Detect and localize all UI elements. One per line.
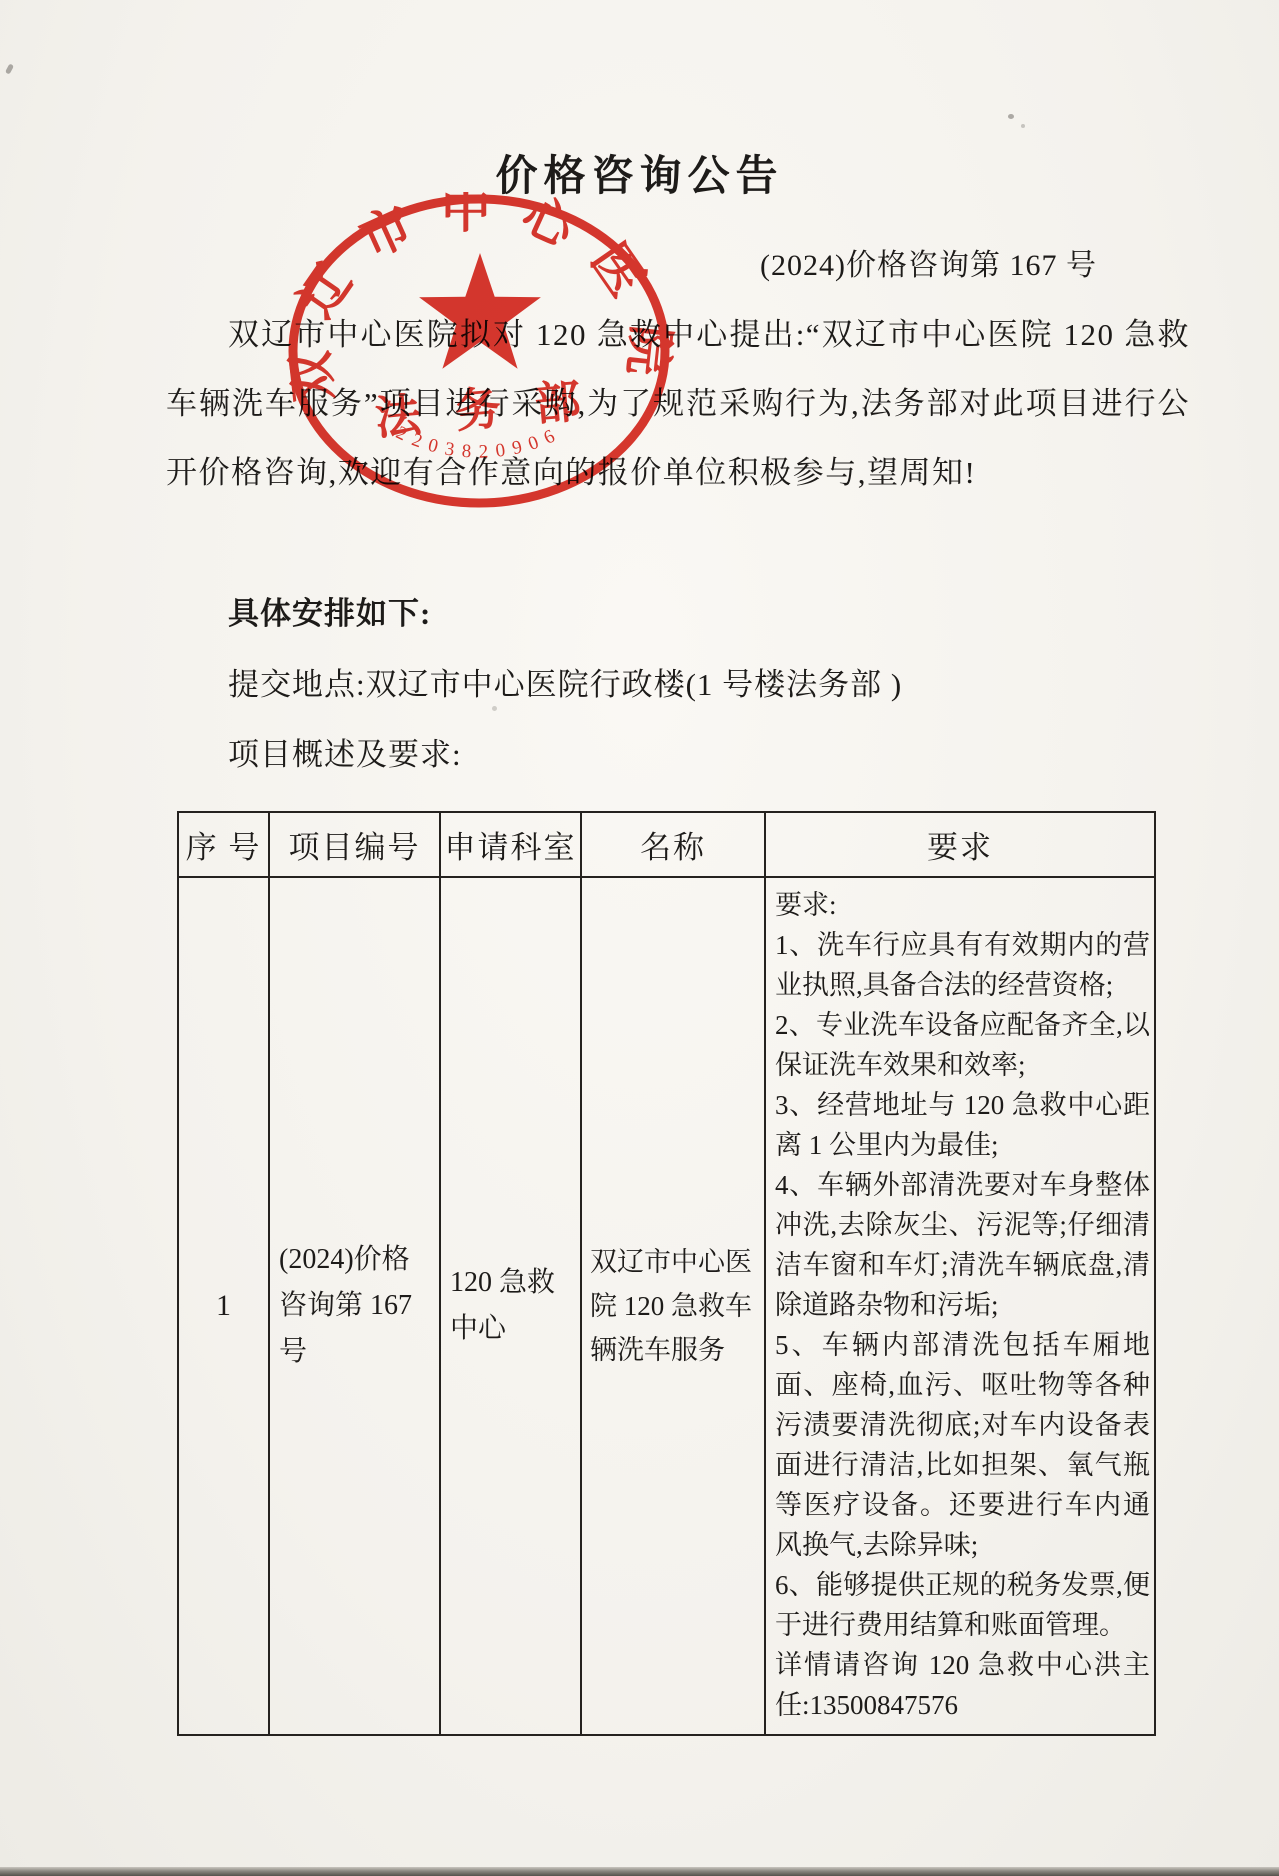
column-header-requirements: 要求	[765, 812, 1155, 877]
requirement-line: 2、专业洗车设备应配备齐全,以保证洗车效果和效率;	[775, 1005, 1150, 1085]
column-header-department: 申请科室	[440, 812, 581, 877]
table-header-row: 序 号 项目编号 申请科室 名称 要求	[178, 812, 1155, 877]
scan-bottom-edge	[0, 1867, 1279, 1876]
requirement-line: 要求:	[775, 885, 1150, 925]
project-table: 序 号 项目编号 申请科室 名称 要求 1 (2024)价格咨询第 167 号 …	[177, 811, 1156, 1736]
overview-heading: 项目概述及要求:	[166, 733, 1190, 777]
cell-name: 双辽市中心医院 120 急救车辆洗车服务	[581, 877, 765, 1735]
column-header-name: 名称	[581, 812, 765, 877]
scan-speck	[5, 63, 14, 74]
cell-requirements: 要求:1、洗车行应具有有效期内的营业执照,具备合法的经营资格;2、专业洗车设备应…	[765, 877, 1155, 1735]
cell-serial: 1	[178, 877, 269, 1735]
arrangement-heading: 具体安排如下:	[166, 592, 1190, 636]
table-row: 1 (2024)价格咨询第 167 号 120 急救中心 双辽市中心医院 120…	[178, 877, 1155, 1735]
cell-project-number: (2024)价格咨询第 167 号	[269, 877, 440, 1735]
requirement-line: 详情请咨询 120 急救中心洪主任:13500847576	[775, 1645, 1150, 1725]
column-header-serial: 序 号	[178, 812, 269, 877]
requirement-line: 4、车辆外部清洗要对车身整体冲洗,去除灰尘、污泥等;仔细清洁车窗和车灯;清洗车辆…	[775, 1165, 1150, 1325]
scan-speck	[1008, 114, 1014, 119]
cell-applying-department: 120 急救中心	[440, 877, 581, 1735]
column-header-project-number: 项目编号	[269, 812, 440, 877]
page-title: 价格咨询公告	[0, 152, 1279, 202]
requirement-line: 1、洗车行应具有有效期内的营业执照,具备合法的经营资格;	[775, 925, 1150, 1005]
requirement-line: 3、经营地址与 120 急救中心距离 1 公里内为最佳;	[775, 1085, 1150, 1165]
submit-location-line: 提交地点:双辽市中心医院行政楼(1 号楼法务部 )	[166, 663, 1190, 707]
document-number: (2024)价格咨询第 167 号	[760, 248, 1097, 284]
announcement-paragraph: 双辽市中心医院拟对 120 急救中心提出:“双辽市中心医院 120 急救车辆洗车…	[166, 300, 1190, 507]
document-page: 价格咨询公告 (2024)价格咨询第 167 号 双辽市中心医院拟对 120 急…	[0, 0, 1279, 1876]
scan-speck	[1021, 124, 1025, 128]
requirement-line: 5、车辆内部清洗包括车厢地面、座椅,血污、呕吐物等各种污渍要清洗彻底;对车内设备…	[775, 1325, 1150, 1565]
requirement-line: 6、能够提供正规的税务发票,便于进行费用结算和账面管理。	[775, 1565, 1150, 1645]
